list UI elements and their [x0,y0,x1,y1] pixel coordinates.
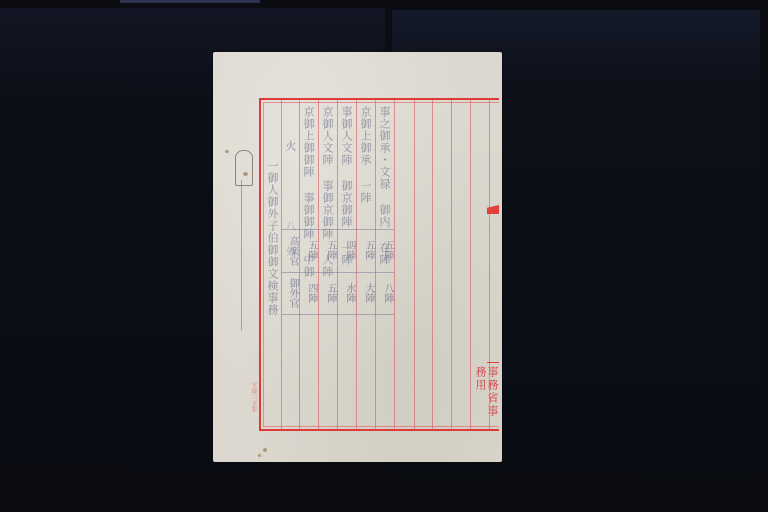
table-cell: 四陣 [303,283,317,303]
stain-mark [225,150,229,153]
binding-string [241,180,250,330]
margin-stamp: 平成二五年 [251,382,258,412]
table-cell: 五陣 [322,240,336,260]
table-cell: 五陣 [379,240,393,260]
table-rule-middle [281,272,394,273]
column-rule [337,100,338,429]
table-rule-top [281,229,394,230]
table-cell: 八陣 [379,283,393,303]
column-rule [470,100,471,429]
table-cell: 四陣 [341,240,355,260]
stain-mark [263,448,267,452]
table-cell: 水陣 [341,283,355,303]
stain-mark [258,454,261,457]
table-row-header: 高楽官 [284,236,298,266]
column-rule [375,100,376,429]
column-rule [414,100,415,429]
column-rule [299,100,300,429]
column-rule [432,100,433,429]
table-cell: 五陣 [303,240,317,260]
printed-office-label: 事務省事務用 [486,366,498,429]
document-page: 平成二五年 事之御承・文禄 御内 在陣 京御上御承 一陣 事御人文陣 御京御陣 … [213,52,502,462]
text-column-8: 一御人御外子伯御御文検事務 [265,160,279,316]
table-rule-bottom [281,314,394,315]
column-rule [356,100,357,429]
column-rule [318,100,319,429]
table-cell: 大陣 [360,283,374,303]
table-row-header: 御外官 [284,278,298,308]
table-cell: 五陣 [322,283,336,303]
column-rule [394,100,395,429]
text-column-2: 京御上御承 一陣 [358,106,372,204]
column-rule [451,100,452,429]
ruled-frame: 事之御承・文禄 御内 在陣 京御上御承 一陣 事御人文陣 御京御陣 一陣 京御人… [259,98,499,431]
column-rule [281,100,282,429]
table-cell: 五陣 [360,240,374,260]
stain-mark [243,172,248,176]
text-column-6: 火 [283,140,297,152]
red-edge-mark [487,362,499,363]
light-glare [120,0,260,3]
